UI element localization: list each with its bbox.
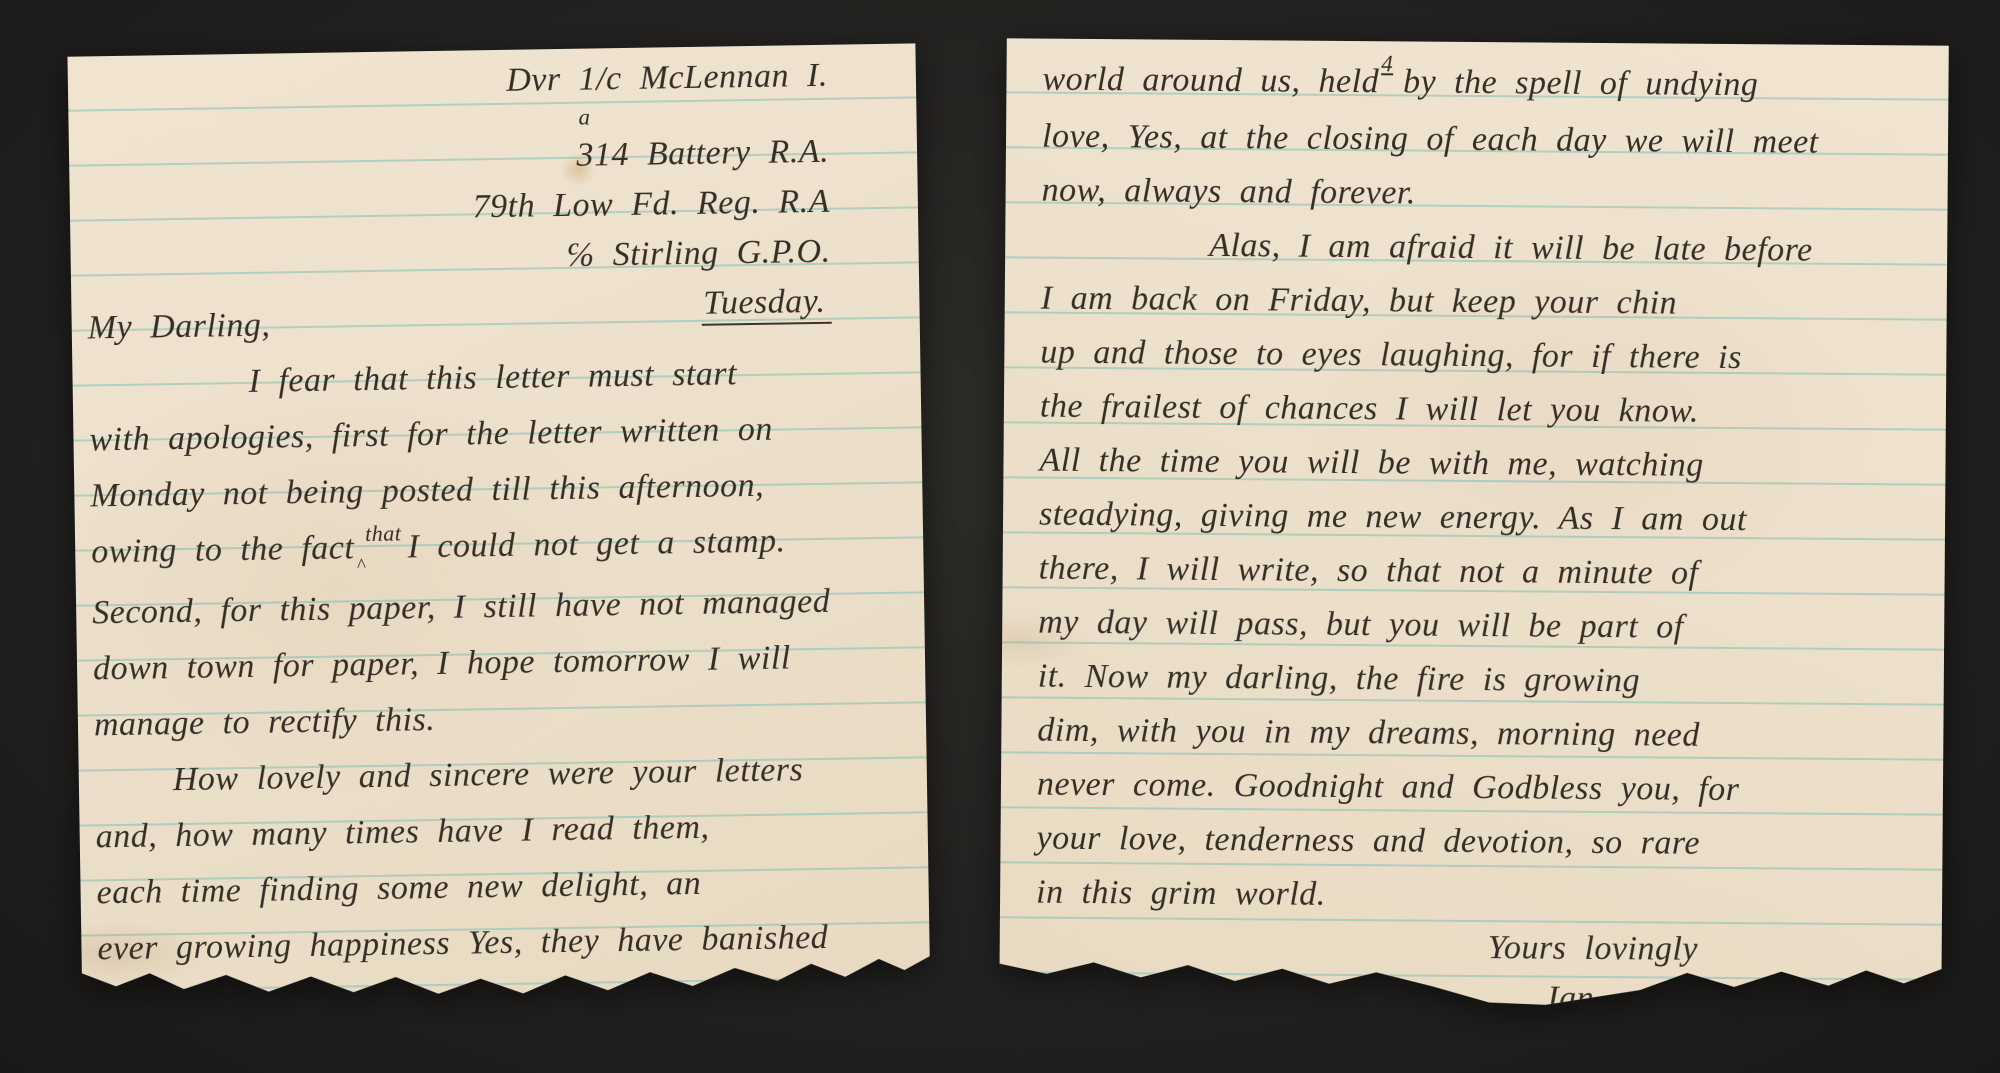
letter-page-right: world around us, held4by the spell of un… [999,38,1949,1017]
letter-page-left: Dvr 1/c McLennan I. a 314 Battery R.A. 7… [67,43,930,1021]
page-number-superscript: 4 [1381,51,1393,76]
signoff-line: Yours lovingly [1036,920,1928,977]
handwriting-line: the frailest of chances I will let you k… [1040,380,1932,441]
handwriting-line: ever growing happiness Yes, they have ba… [97,908,918,977]
handwriting-line: in this grim world. [1036,866,1928,927]
handwriting-line: now, always and forever. [1041,164,1933,225]
photo-background: Dvr 1/c McLennan I. a 314 Battery R.A. 7… [0,0,2000,1073]
handwriting-line: never come. Goodnight and Godbless you, … [1037,758,1929,819]
caret-mark: ^ [356,555,364,576]
handwriting-line: dim, with you in my dreams, morning need [1037,704,1929,765]
handwriting-segment: by the spell of undying [1403,63,1759,103]
inserted-word: that [365,521,402,547]
handwriting-line: All the time you will be with me, watchi… [1039,434,1931,495]
handwriting-line: my day will pass, but you will be part o… [1038,596,1930,657]
signature-line: Ian. [1035,970,1927,1027]
handwriting-line: steadying, giving me new energy. As I am… [1039,488,1931,549]
letter-page-right-wrap: world around us, held4by the spell of un… [999,38,1949,1017]
letter-page-left-wrap: Dvr 1/c McLennan I. a 314 Battery R.A. 7… [67,43,930,1021]
handwriting-line: there, I will write, so that not a minut… [1038,542,1930,603]
handwriting-segment: owing to the fact [91,529,355,570]
handwriting-line: world around us, held4by the spell of un… [1042,53,1934,117]
handwriting-line: Alas, I am afraid it will be late before [1041,218,1933,279]
handwriting-segment: I could not get a stamp. [407,523,786,566]
handwriting-line: I am back on Friday, but keep your chin [1041,272,1933,333]
handwriting-segment: world around us, held [1042,61,1379,101]
handwriting-line: your love, tenderness and devotion, so r… [1036,812,1928,873]
handwriting-line: it. Now my darling, the fire is growing [1038,650,1930,711]
letter-body-page2: world around us, held4by the spell of un… [1035,53,1935,1027]
letter-body-page1: My Darling, I fear that this letter must… [87,288,918,978]
handwriting-line: love, Yes, at the closing of each day we… [1042,110,1934,171]
handwriting-line: up and those to eyes laughing, for if th… [1040,326,1932,387]
